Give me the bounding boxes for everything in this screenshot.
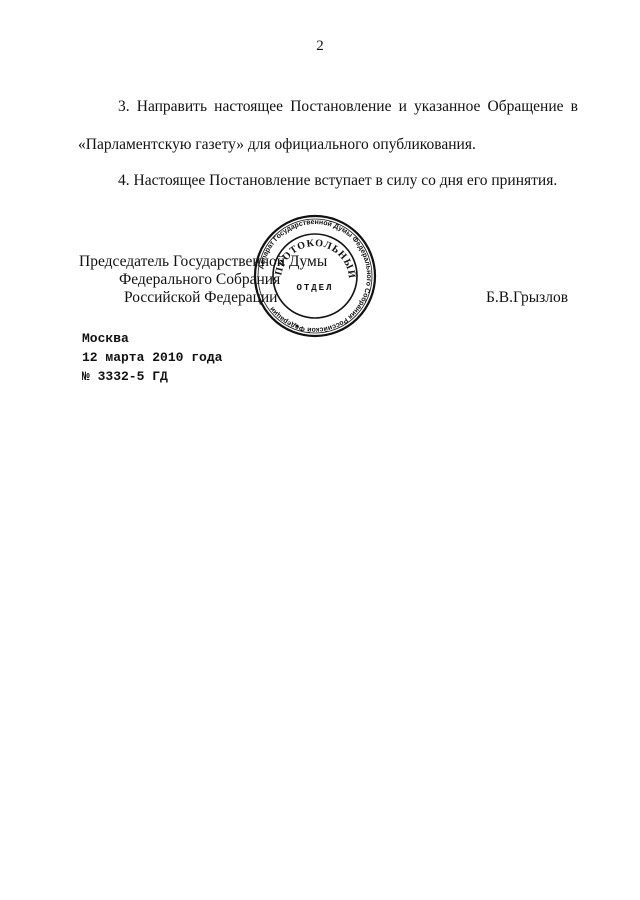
signer-name: Б.В.Грызлов [486, 289, 568, 307]
document-number: № 3332-5 ГД [82, 367, 168, 386]
paragraph-4: 4. Настоящее Постановление вступает в си… [118, 172, 557, 190]
date: 12 марта 2010 года [82, 348, 222, 367]
place: Москва [82, 329, 129, 348]
stamp-inner-arc-text: ПРОТОКОЛЬНЫЙ [273, 238, 358, 280]
document-page: 2 3. Направить настоящее Постановление и… [0, 0, 640, 900]
page-number: 2 [0, 38, 640, 55]
paragraph-3-line-1: 3. Направить настоящее Постановление и у… [118, 98, 578, 116]
stamp-center-text: ОТДЕЛ [296, 283, 333, 293]
paragraph-3-line-2: «Парламентскую газету» для официального … [78, 136, 476, 154]
official-stamp-icon: Аппарат Государственной Думы Федеральног… [253, 214, 377, 338]
svg-text:ПРОТОКОЛЬНЫЙ: ПРОТОКОЛЬНЫЙ [273, 238, 358, 280]
